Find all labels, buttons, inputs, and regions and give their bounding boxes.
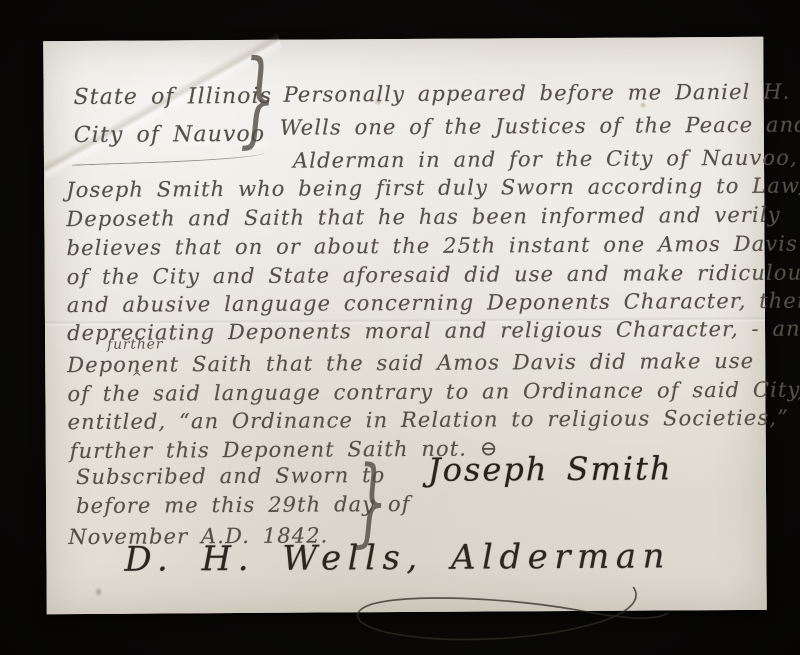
venue-underline-flourish — [72, 152, 264, 166]
interlinear-insertion: further — [107, 336, 163, 352]
body-line: and abusive language concerning Deponent… — [67, 288, 800, 317]
body-line: Deposeth and Saith that he has been info… — [66, 203, 780, 231]
jurat-line: Subscribed and Sworn to — [76, 463, 386, 489]
joseph-smith-signature: Joseph Smith — [428, 449, 673, 488]
signature-flourish — [342, 569, 672, 649]
venue-brace: } — [239, 46, 276, 150]
body-line: believes that on or about the 25th insta… — [66, 231, 800, 260]
opening-line: Personally appeared before me Daniel H. — [284, 80, 791, 107]
opening-line: Alderman in and for the City of Nauvoo, — [293, 146, 798, 173]
document-paper: State of Illinois City of Nauvoo } Perso… — [43, 37, 766, 614]
photo-background: { "colors": { "background": "#0a0908", "… — [0, 0, 800, 655]
body-line: of the City and State aforesaid did use … — [67, 261, 800, 290]
body-line: of the said language contrary to an Ordi… — [67, 378, 800, 407]
jurat-brace: } — [354, 453, 388, 549]
body-line: Joseph Smith who being first duly Sworn … — [66, 174, 800, 203]
body-line: depreciating Deponents moral and religio… — [67, 316, 800, 345]
venue-city-line: City of Nauvoo — [74, 122, 266, 148]
body-line: entitled, “an Ordinance in Relation to r… — [68, 405, 800, 434]
opening-line: Wells one of the Justices of the Peace a… — [280, 112, 800, 139]
body-line: Deponent Saith that the said Amos Davis … — [67, 349, 754, 377]
ink-spot — [95, 587, 103, 597]
